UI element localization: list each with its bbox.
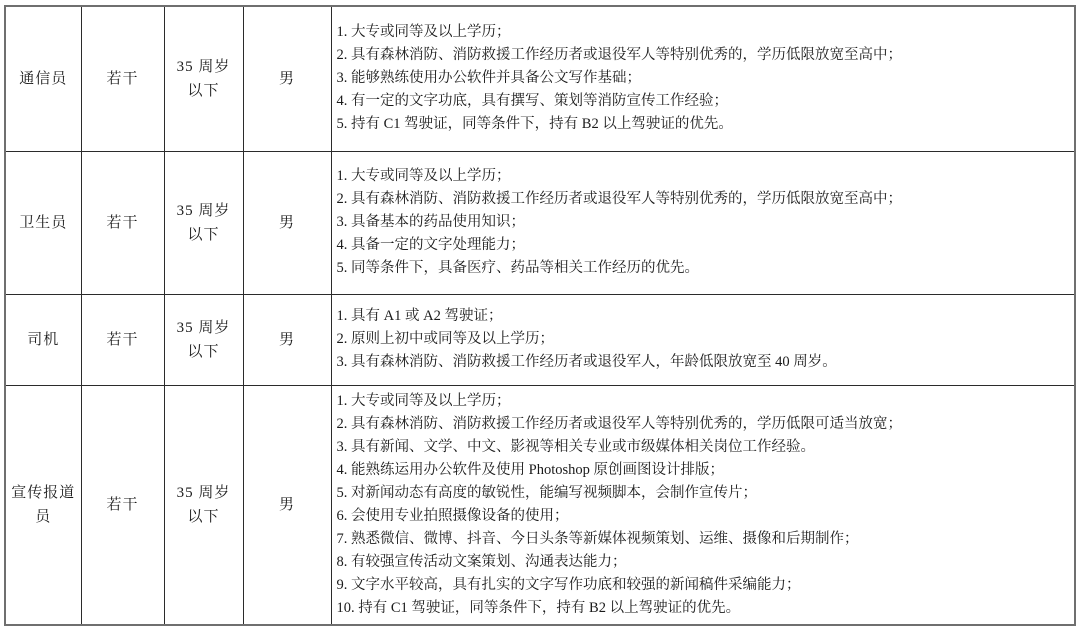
- table-row: 卫生员 若干 35 周岁 以下 男 1. 大专或同等及以上学历； 2. 具有森林…: [5, 151, 1075, 294]
- requirement-line: 6. 会使用专业拍照摄像设备的使用；: [337, 505, 1067, 528]
- table-row: 宣传报道员 若干 35 周岁 以下 男 1. 大专或同等及以上学历； 2. 具有…: [5, 385, 1075, 625]
- position-cell: 卫生员: [5, 151, 81, 294]
- count-label: 若干: [106, 215, 138, 231]
- age-line-2: 以下: [169, 340, 239, 364]
- requirements-cell: 1. 大专或同等及以上学历； 2. 具有森林消防、消防救援工作经历者或退役军人等…: [331, 151, 1075, 294]
- position-label: 卫生员: [19, 215, 67, 231]
- requirement-line: 2. 原则上初中或同等及以上学历；: [337, 328, 1067, 351]
- requirement-line: 8. 有较强宣传活动文案策划、沟通表达能力；: [337, 551, 1067, 574]
- requirement-line: 3. 具有新闻、文学、中文、影视等相关专业或市级媒体相关岗位工作经验。: [337, 436, 1067, 459]
- gender-cell: 男: [243, 385, 331, 625]
- position-label: 司机: [27, 332, 59, 348]
- requirement-line: 2. 具有森林消防、消防救援工作经历者或退役军人等特别优秀的，学历低限放宽至高中…: [337, 44, 1067, 67]
- table-row: 司机 若干 35 周岁 以下 男 1. 具有 A1 或 A2 驾驶证； 2. 原…: [5, 294, 1075, 385]
- requirement-line: 7. 熟悉微信、微博、抖音、今日头条等新媒体视频策划、运维、摄像和后期制作；: [337, 528, 1067, 551]
- gender-label: 男: [279, 497, 295, 513]
- count-label: 若干: [106, 71, 138, 87]
- requirement-line: 1. 大专或同等及以上学历；: [337, 165, 1067, 188]
- requirements-cell: 1. 具有 A1 或 A2 驾驶证； 2. 原则上初中或同等及以上学历； 3. …: [331, 294, 1075, 385]
- gender-cell: 男: [243, 6, 331, 151]
- age-line-1: 35 周岁: [169, 55, 239, 79]
- table-body: 通信员 若干 35 周岁 以下 男 1. 大专或同等及以上学历； 2. 具有森林…: [5, 6, 1075, 625]
- requirement-line: 4. 有一定的文字功底，具有撰写、策划等消防宣传工作经验；: [337, 90, 1067, 113]
- requirement-line: 3. 具有森林消防、消防救援工作经历者或退役军人，年龄低限放宽至 40 周岁。: [337, 351, 1067, 374]
- requirement-line: 4. 具备一定的文字处理能力；: [337, 234, 1067, 257]
- age-cell: 35 周岁 以下: [164, 151, 243, 294]
- age-line-1: 35 周岁: [169, 481, 239, 505]
- age-line-2: 以下: [169, 505, 239, 529]
- requirements-cell: 1. 大专或同等及以上学历； 2. 具有森林消防、消防救援工作经历者或退役军人等…: [331, 6, 1075, 151]
- age-cell: 35 周岁 以下: [164, 6, 243, 151]
- count-cell: 若干: [81, 151, 164, 294]
- requirements-cell: 1. 大专或同等及以上学历； 2. 具有森林消防、消防救援工作经历者或退役军人等…: [331, 385, 1075, 625]
- requirement-line: 1. 大专或同等及以上学历；: [337, 390, 1067, 413]
- requirement-line: 5. 同等条件下，具备医疗、药品等相关工作经历的优先。: [337, 257, 1067, 280]
- age-cell: 35 周岁 以下: [164, 385, 243, 625]
- age-line-1: 35 周岁: [169, 316, 239, 340]
- count-cell: 若干: [81, 385, 164, 625]
- requirement-line: 10. 持有 C1 驾驶证，同等条件下，持有 B2 以上驾驶证的优先。: [337, 597, 1067, 620]
- position-cell: 宣传报道员: [5, 385, 81, 625]
- document-page: 通信员 若干 35 周岁 以下 男 1. 大专或同等及以上学历； 2. 具有森林…: [0, 0, 1080, 632]
- position-label: 宣传报道员: [11, 485, 75, 525]
- gender-cell: 男: [243, 151, 331, 294]
- count-label: 若干: [106, 497, 138, 513]
- gender-label: 男: [279, 332, 295, 348]
- requirement-line: 3. 具备基本的药品使用知识；: [337, 211, 1067, 234]
- requirement-line: 9. 文字水平较高，具有扎实的文字写作功底和较强的新闻稿件采编能力；: [337, 574, 1067, 597]
- requirement-line: 2. 具有森林消防、消防救援工作经历者或退役军人等特别优秀的，学历低限可适当放宽…: [337, 413, 1067, 436]
- requirement-line: 4. 能熟练运用办公软件及使用 Photoshop 原创画图设计排版；: [337, 459, 1067, 482]
- recruitment-table: 通信员 若干 35 周岁 以下 男 1. 大专或同等及以上学历； 2. 具有森林…: [4, 5, 1076, 626]
- age-cell: 35 周岁 以下: [164, 294, 243, 385]
- requirement-line: 5. 持有 C1 驾驶证，同等条件下，持有 B2 以上驾驶证的优先。: [337, 113, 1067, 136]
- gender-cell: 男: [243, 294, 331, 385]
- gender-label: 男: [279, 71, 295, 87]
- age-line-2: 以下: [169, 223, 239, 247]
- age-line-1: 35 周岁: [169, 199, 239, 223]
- requirement-line: 1. 大专或同等及以上学历；: [337, 21, 1067, 44]
- gender-label: 男: [279, 215, 295, 231]
- age-line-2: 以下: [169, 79, 239, 103]
- table-row: 通信员 若干 35 周岁 以下 男 1. 大专或同等及以上学历； 2. 具有森林…: [5, 6, 1075, 151]
- count-label: 若干: [106, 332, 138, 348]
- count-cell: 若干: [81, 6, 164, 151]
- requirement-line: 3. 能够熟练使用办公软件并具备公文写作基础；: [337, 67, 1067, 90]
- requirement-line: 1. 具有 A1 或 A2 驾驶证；: [337, 305, 1067, 328]
- position-cell: 司机: [5, 294, 81, 385]
- requirement-line: 5. 对新闻动态有高度的敏锐性，能编写视频脚本，会制作宣传片；: [337, 482, 1067, 505]
- count-cell: 若干: [81, 294, 164, 385]
- position-label: 通信员: [19, 71, 67, 87]
- position-cell: 通信员: [5, 6, 81, 151]
- requirement-line: 2. 具有森林消防、消防救援工作经历者或退役军人等特别优秀的，学历低限放宽至高中…: [337, 188, 1067, 211]
